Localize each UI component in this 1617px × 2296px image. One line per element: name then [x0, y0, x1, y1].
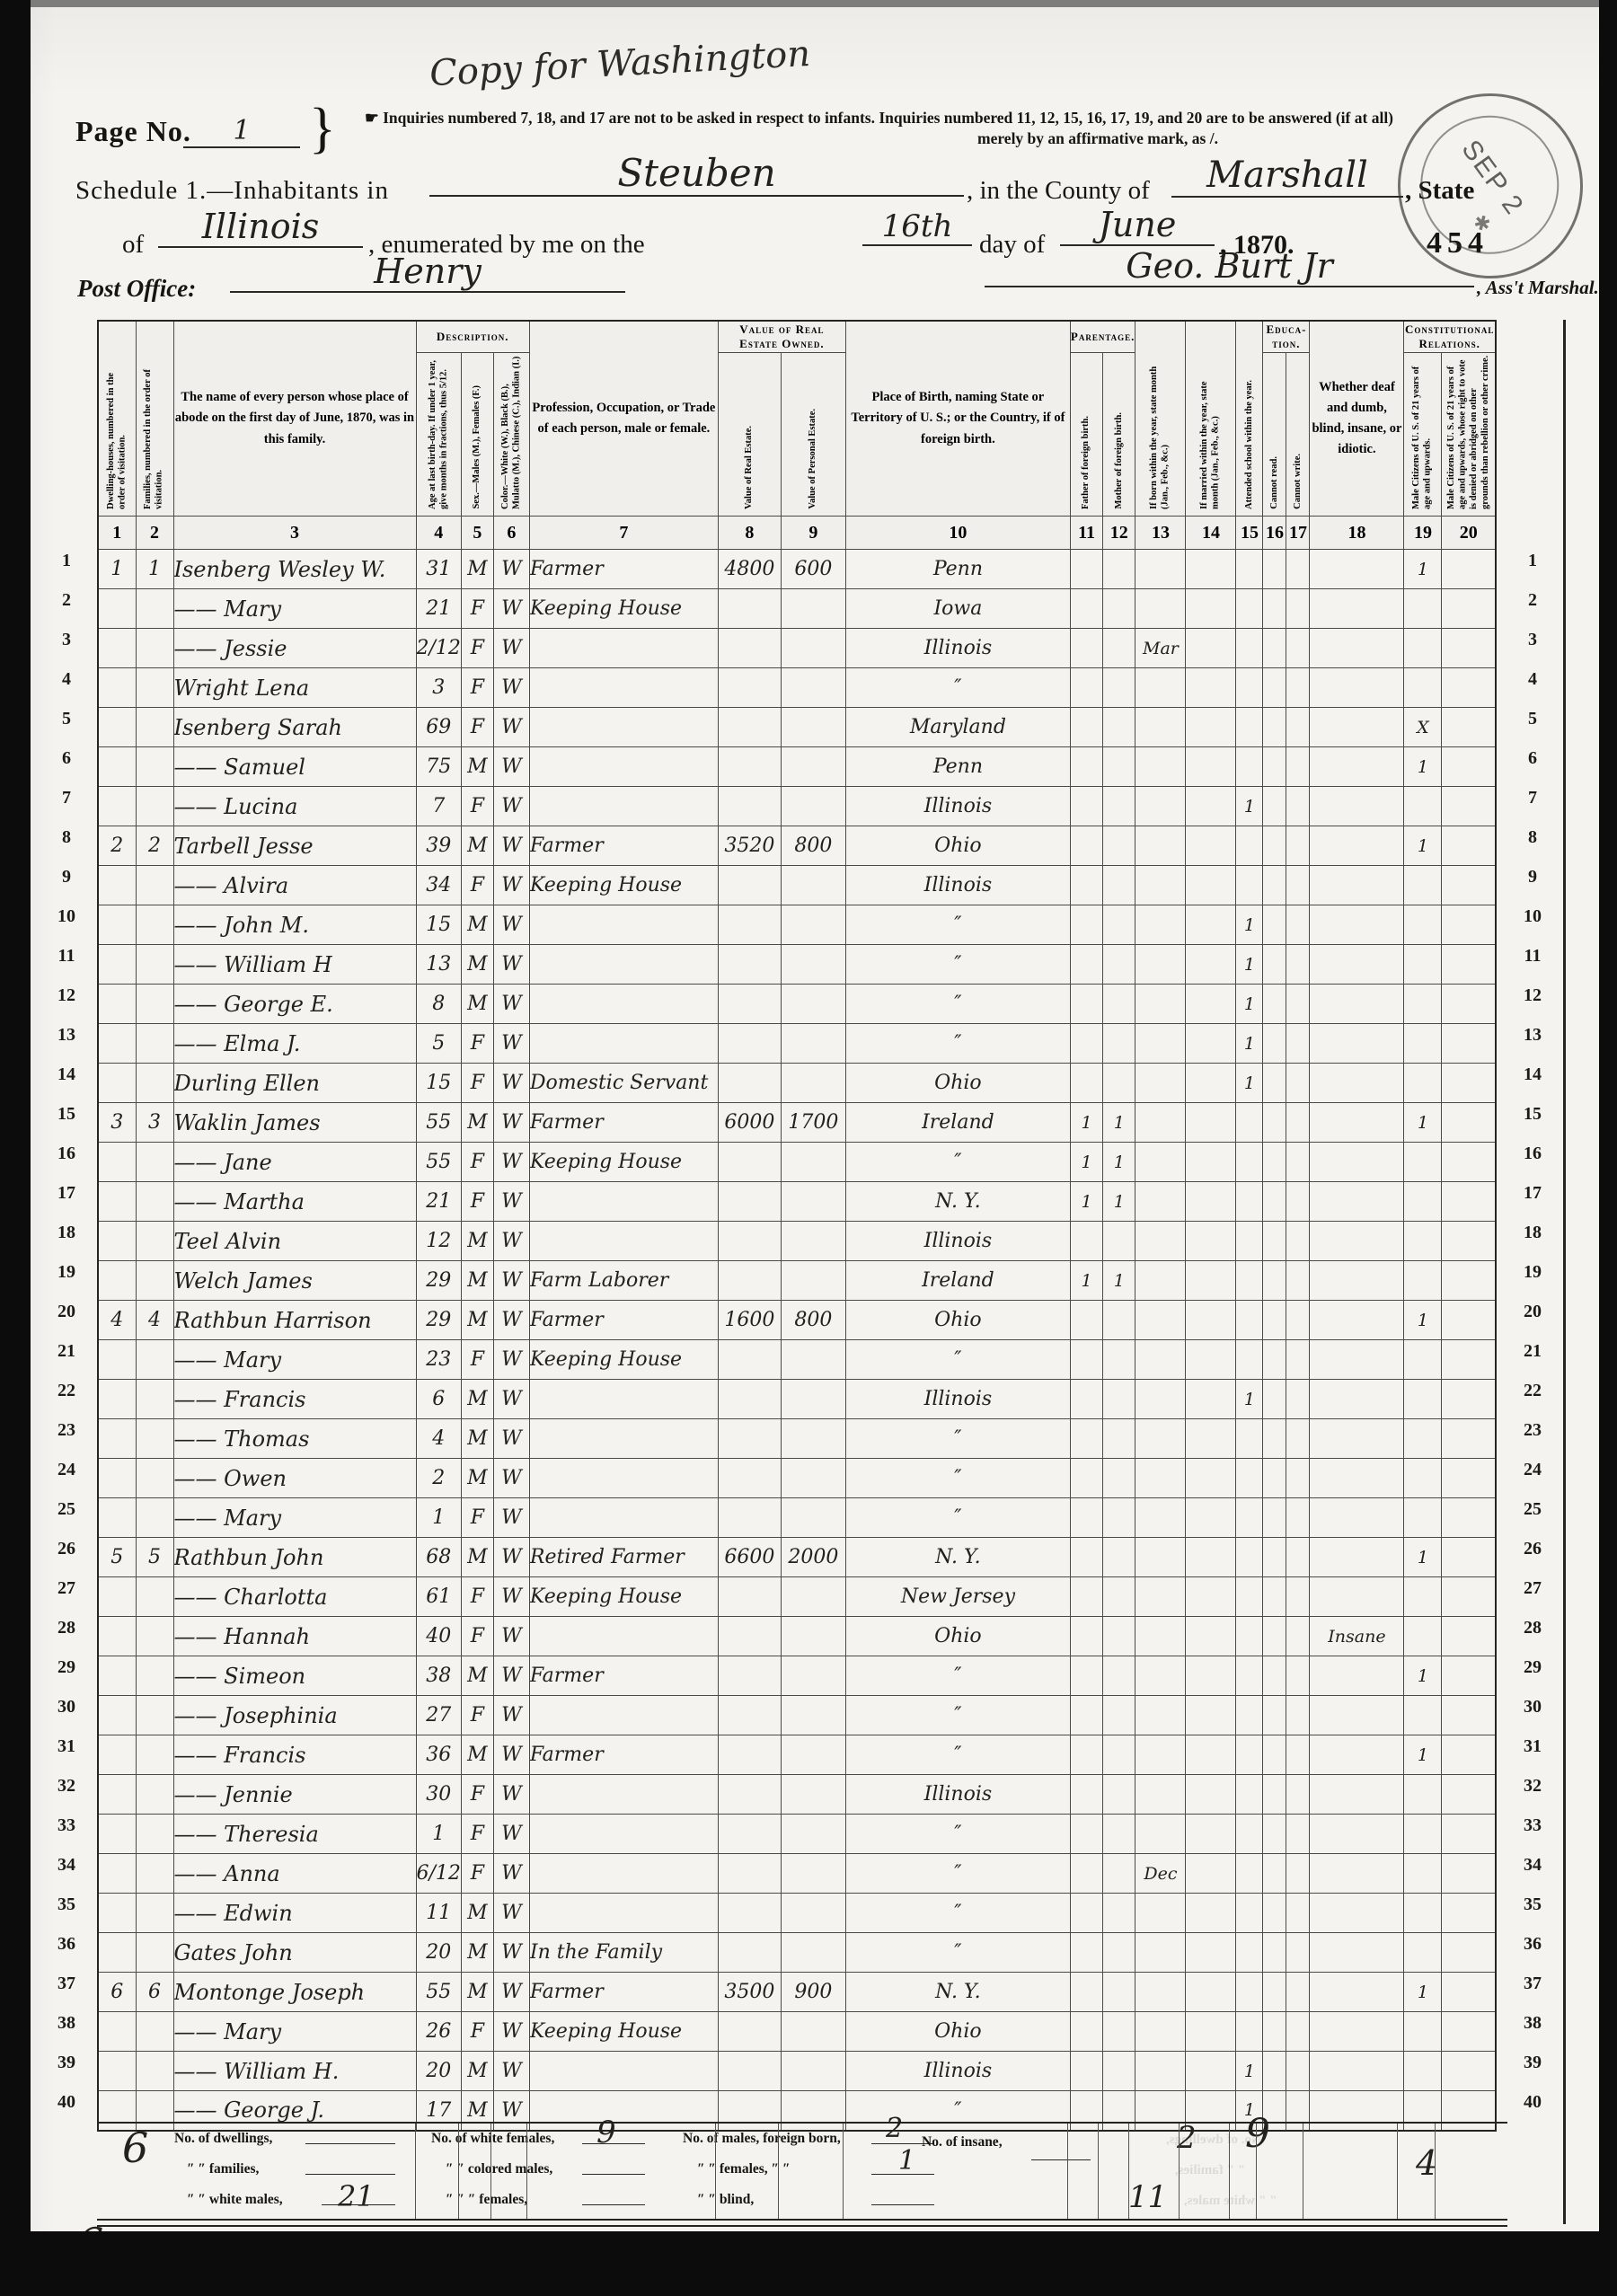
table-row: 33Waklin James55MWFarmer60001700Ireland1…	[98, 1103, 1496, 1143]
cell-c11	[1070, 1380, 1102, 1419]
cell-c11	[1070, 2052, 1102, 2091]
cell-fam	[136, 1340, 173, 1380]
cell-race: W	[493, 1301, 529, 1340]
cell-occ: Farmer	[529, 1656, 718, 1696]
cell-pe	[781, 1459, 845, 1498]
row-number: 22	[47, 1371, 86, 1410]
cell-age: 55	[416, 1103, 461, 1143]
cell-dw	[98, 1261, 136, 1301]
cell-dw	[98, 1182, 136, 1222]
cell-c20	[1442, 1340, 1496, 1380]
cell-c17	[1286, 1261, 1310, 1301]
cell-occ: Farmer	[529, 550, 718, 589]
cell-name: Wright Lena	[173, 668, 416, 708]
col-number: 16	[1263, 517, 1286, 550]
cell-c14	[1186, 1459, 1236, 1498]
cell-race: W	[493, 629, 529, 668]
cell-pe: 2000	[781, 1538, 845, 1577]
cell-c13	[1135, 589, 1186, 629]
cell-c17	[1286, 1894, 1310, 1933]
cell-name: —— Thomas	[173, 1419, 416, 1459]
cell-fam	[136, 1696, 173, 1735]
col-number: 3	[173, 517, 416, 550]
cell-birth: ″	[845, 945, 1070, 985]
cell-fam	[136, 1222, 173, 1261]
cell-c20	[1442, 1498, 1496, 1538]
table-row: Wright Lena3FW″	[98, 668, 1496, 708]
cell-sex: F	[461, 1775, 493, 1815]
cell-c16	[1263, 1577, 1286, 1617]
cell-birth: ″	[845, 1143, 1070, 1182]
cell-c18	[1310, 866, 1404, 905]
table-row: Durling Ellen15FWDomestic ServantOhio1	[98, 1064, 1496, 1103]
table-row: —— Lucina7FWIllinois1	[98, 787, 1496, 826]
summary-white-females-value: 9	[596, 2115, 616, 2150]
cell-c15: 1	[1236, 985, 1263, 1024]
cell-c18	[1310, 1854, 1404, 1894]
cell-pe	[781, 1656, 845, 1696]
cell-name: —— Lucina	[173, 787, 416, 826]
cell-fam	[136, 1024, 173, 1064]
scan-edge-left	[0, 0, 31, 2296]
row-number: 18	[1513, 1213, 1552, 1252]
cell-c18	[1310, 1498, 1404, 1538]
post-office-field: Henry	[230, 252, 625, 293]
row-number: 30	[1513, 1687, 1552, 1726]
row-number: 38	[1513, 2003, 1552, 2043]
cell-c20	[1442, 1222, 1496, 1261]
cell-c15	[1236, 1498, 1263, 1538]
cell-c16	[1263, 589, 1286, 629]
cell-c14	[1186, 1024, 1236, 1064]
cell-birth: ″	[845, 1340, 1070, 1380]
cell-c20	[1442, 589, 1496, 629]
cell-c15	[1236, 1301, 1263, 1340]
cell-race: W	[493, 550, 529, 589]
summary-label: ″ ″ white males,	[187, 2192, 283, 2208]
district-field: Steuben	[429, 151, 964, 197]
cell-c13	[1135, 1538, 1186, 1577]
row-number: 7	[47, 778, 86, 817]
cell-fam: 4	[136, 1301, 173, 1340]
row-number: 37	[47, 1964, 86, 2003]
scanned-census-page: Copy for Washington Page No. 1 } ☛ Inqui…	[0, 0, 1617, 2296]
cell-age: 6/12	[416, 1854, 461, 1894]
cell-pe	[781, 1735, 845, 1775]
cell-c11	[1070, 629, 1102, 668]
cell-pe: 900	[781, 1973, 845, 2012]
cell-c12	[1103, 905, 1135, 945]
cell-c15: 1	[1236, 1024, 1263, 1064]
cell-re	[718, 1064, 781, 1103]
day-field: 16th	[862, 208, 972, 246]
cell-c18	[1310, 826, 1404, 866]
row-number: 29	[47, 1647, 86, 1687]
cell-c19	[1404, 1894, 1442, 1933]
cell-c17	[1286, 1103, 1310, 1143]
bleed-through-text: No. of dwellings,	[1166, 2133, 1261, 2148]
cell-re	[718, 787, 781, 826]
cell-dw: 4	[98, 1301, 136, 1340]
cell-c12	[1103, 1498, 1135, 1538]
cell-c13: Mar	[1135, 629, 1186, 668]
row-number: 4	[47, 659, 86, 699]
row-number: 3	[1513, 620, 1552, 659]
summary-blank	[305, 2161, 395, 2175]
row-number: 19	[47, 1252, 86, 1292]
cell-c18	[1310, 1735, 1404, 1775]
cell-age: 55	[416, 1973, 461, 2012]
cell-sex: M	[461, 1538, 493, 1577]
cell-c19	[1404, 1222, 1442, 1261]
cell-age: 61	[416, 1577, 461, 1617]
cell-c11	[1070, 550, 1102, 589]
cell-race: W	[493, 1696, 529, 1735]
cell-c18	[1310, 629, 1404, 668]
cell-re	[718, 1419, 781, 1459]
cell-race: W	[493, 1973, 529, 2012]
cell-birth: Maryland	[845, 708, 1070, 747]
cell-c12	[1103, 1222, 1135, 1261]
cell-occ: Keeping House	[529, 1340, 718, 1380]
cell-c13	[1135, 2052, 1186, 2091]
cell-age: 27	[416, 1696, 461, 1735]
cell-c14	[1186, 1064, 1236, 1103]
cell-fam	[136, 2012, 173, 2052]
row-number: 39	[47, 2043, 86, 2082]
cell-c11	[1070, 945, 1102, 985]
cell-c17	[1286, 1380, 1310, 1419]
col-header-8: Value of Real Estate.	[718, 353, 781, 517]
cell-sex: F	[461, 629, 493, 668]
cell-c11: 1	[1070, 1261, 1102, 1301]
cell-c13: Dec	[1135, 1854, 1186, 1894]
cell-birth: Illinois	[845, 1380, 1070, 1419]
col-header-17: Cannot write.	[1286, 353, 1310, 517]
cell-c17	[1286, 1182, 1310, 1222]
cell-re	[718, 905, 781, 945]
cell-birth: Illinois	[845, 629, 1070, 668]
cell-c19: X	[1404, 708, 1442, 747]
table-row: —— John M.15MW″1	[98, 905, 1496, 945]
cell-c11: 1	[1070, 1103, 1102, 1143]
cell-c16	[1263, 1222, 1286, 1261]
cell-age: 3	[416, 668, 461, 708]
cell-occ: Domestic Servant	[529, 1064, 718, 1103]
cell-c12	[1103, 708, 1135, 747]
cell-birth: ″	[845, 1933, 1070, 1973]
cell-pe	[781, 985, 845, 1024]
cell-sex: F	[461, 1024, 493, 1064]
table-row: —— Owen2MW″	[98, 1459, 1496, 1498]
cell-c13	[1135, 2012, 1186, 2052]
cell-c12	[1103, 1933, 1135, 1973]
cell-c20	[1442, 787, 1496, 826]
cell-c11	[1070, 1498, 1102, 1538]
cell-c20	[1442, 1933, 1496, 1973]
cell-race: W	[493, 747, 529, 787]
cell-c13	[1135, 1498, 1186, 1538]
cell-race: W	[493, 589, 529, 629]
cell-occ: Farmer	[529, 1973, 718, 2012]
cell-c17	[1286, 1419, 1310, 1459]
cell-c20	[1442, 1894, 1496, 1933]
cell-c13	[1135, 787, 1186, 826]
cell-age: 2/12	[416, 629, 461, 668]
cell-c13	[1135, 550, 1186, 589]
cell-c13	[1135, 1656, 1186, 1696]
cell-c20	[1442, 2052, 1496, 2091]
cell-pe	[781, 1854, 845, 1894]
cell-race: W	[493, 1775, 529, 1815]
cell-name: Waklin James	[173, 1103, 416, 1143]
col-number: 7	[529, 517, 718, 550]
cell-c12	[1103, 1459, 1135, 1498]
group-header-real_estate: Value of Real Estate Owned.	[718, 321, 845, 353]
cell-c19	[1404, 1577, 1442, 1617]
cell-c19: 1	[1404, 550, 1442, 589]
cell-c16	[1263, 787, 1286, 826]
cell-dw	[98, 1024, 136, 1064]
row-number: 21	[1513, 1331, 1552, 1371]
cell-c20	[1442, 1538, 1496, 1577]
row-number: 10	[1513, 896, 1552, 936]
table-row: —— Mary23FWKeeping House″	[98, 1340, 1496, 1380]
col-header-18: Whether deaf and dumb, blind, insane, or…	[1310, 321, 1404, 517]
cell-dw: 2	[98, 826, 136, 866]
cell-c14	[1186, 787, 1236, 826]
cell-c14	[1186, 2012, 1236, 2052]
cell-c12	[1103, 1696, 1135, 1735]
cell-c12	[1103, 1024, 1135, 1064]
cell-re	[718, 1459, 781, 1498]
cell-age: 7	[416, 787, 461, 826]
cell-c16	[1263, 1933, 1286, 1973]
cell-c14	[1186, 629, 1236, 668]
cell-c13	[1135, 1617, 1186, 1656]
summary-blank	[871, 2192, 934, 2205]
cell-sex: M	[461, 1894, 493, 1933]
cell-re	[718, 1380, 781, 1419]
cell-c14	[1186, 1340, 1236, 1380]
cell-sex: F	[461, 866, 493, 905]
cell-c11	[1070, 1301, 1102, 1340]
cell-name: —— Francis	[173, 1380, 416, 1419]
cell-dw: 6	[98, 1973, 136, 2012]
cell-c12: 1	[1103, 1143, 1135, 1182]
cell-c18	[1310, 945, 1404, 985]
cell-c15: 1	[1236, 2052, 1263, 2091]
cell-c15: 1	[1236, 945, 1263, 985]
cell-birth: ″	[845, 1498, 1070, 1538]
cell-c11	[1070, 1617, 1102, 1656]
cell-re: 6600	[718, 1538, 781, 1577]
summary-label: No. of males, foreign born,	[683, 2131, 841, 2147]
cell-occ: Keeping House	[529, 2012, 718, 2052]
group-header-constitutional: Constitutional Relations.	[1404, 321, 1496, 353]
cell-c17	[1286, 945, 1310, 985]
cell-c16	[1263, 629, 1286, 668]
cell-c14	[1186, 1182, 1236, 1222]
table-row: —— Martha21FWN. Y.11	[98, 1182, 1496, 1222]
row-number: 1	[47, 541, 86, 580]
cell-race: W	[493, 1538, 529, 1577]
cell-c13	[1135, 1380, 1186, 1419]
cell-dw	[98, 1696, 136, 1735]
cell-pe	[781, 1261, 845, 1301]
cell-birth: Penn	[845, 747, 1070, 787]
row-number: 28	[47, 1608, 86, 1647]
cell-name: Isenberg Sarah	[173, 708, 416, 747]
col-number: 6	[493, 517, 529, 550]
cell-c19	[1404, 1617, 1442, 1656]
cell-age: 39	[416, 826, 461, 866]
summary-blank	[305, 2131, 395, 2144]
cell-c19	[1404, 985, 1442, 1024]
cell-c18	[1310, 1182, 1404, 1222]
cell-c12	[1103, 589, 1135, 629]
cell-occ	[529, 1696, 718, 1735]
cell-c14	[1186, 1222, 1236, 1261]
cell-age: 29	[416, 1261, 461, 1301]
cell-race: W	[493, 1064, 529, 1103]
col-number: 1	[98, 517, 136, 550]
cell-c20	[1442, 1182, 1496, 1222]
cell-c19: 1	[1404, 1538, 1442, 1577]
table-row: Teel Alvin12MWIllinois	[98, 1222, 1496, 1261]
col-header-14: If married within the year, state month …	[1186, 321, 1236, 517]
cell-fam	[136, 1577, 173, 1617]
cell-fam	[136, 1459, 173, 1498]
summary-label: ″ ″ females, ″ ″	[697, 2161, 791, 2177]
cell-c15	[1236, 826, 1263, 866]
cell-name: Durling Ellen	[173, 1064, 416, 1103]
cell-sex: F	[461, 1617, 493, 1656]
col-number: 15	[1236, 517, 1263, 550]
cell-c14	[1186, 826, 1236, 866]
cell-re	[718, 1340, 781, 1380]
cell-race: W	[493, 1854, 529, 1894]
cell-c16	[1263, 1854, 1286, 1894]
cell-dw	[98, 1735, 136, 1775]
cell-pe	[781, 1894, 845, 1933]
cell-birth: N. Y.	[845, 1538, 1070, 1577]
cell-c12	[1103, 1538, 1135, 1577]
cell-c14	[1186, 1973, 1236, 2012]
cell-re	[718, 589, 781, 629]
cell-c13	[1135, 945, 1186, 985]
cell-c19: 1	[1404, 1301, 1442, 1340]
cell-pe	[781, 1222, 845, 1261]
cell-c18	[1310, 1933, 1404, 1973]
cell-c16	[1263, 1301, 1286, 1340]
cell-c15	[1236, 1340, 1263, 1380]
cell-c14	[1186, 1696, 1236, 1735]
cell-race: W	[493, 787, 529, 826]
col-header-2: Families, numbered in the order of visit…	[136, 321, 173, 517]
cell-c18	[1310, 589, 1404, 629]
cell-age: 8	[416, 985, 461, 1024]
table-row: —— Charlotta61FWKeeping HouseNew Jersey	[98, 1577, 1496, 1617]
cell-birth: ″	[845, 1815, 1070, 1854]
cell-race: W	[493, 1735, 529, 1775]
cell-race: W	[493, 1182, 529, 1222]
row-number: 17	[47, 1173, 86, 1213]
cell-c19	[1404, 1854, 1442, 1894]
summary-females-foreign-value: 1	[898, 2145, 915, 2177]
cell-race: W	[493, 1933, 529, 1973]
row-number: 38	[47, 2003, 86, 2043]
cell-c14	[1186, 2052, 1236, 2091]
row-number: 6	[47, 738, 86, 778]
cell-sex: M	[461, 1735, 493, 1775]
census-table: Dwelling-houses, numbered in the order o…	[97, 320, 1497, 2132]
cell-c18: Insane	[1310, 1617, 1404, 1656]
cell-c18	[1310, 1024, 1404, 1064]
cell-c11	[1070, 866, 1102, 905]
row-number: 23	[47, 1410, 86, 1450]
cell-dw	[98, 1617, 136, 1656]
of-word: of	[122, 230, 144, 260]
cell-birth: ″	[845, 905, 1070, 945]
brace-glyph: }	[309, 97, 336, 161]
cell-re	[718, 1815, 781, 1854]
cell-fam	[136, 747, 173, 787]
cell-occ	[529, 1419, 718, 1459]
cell-c17	[1286, 2012, 1310, 2052]
cell-pe	[781, 747, 845, 787]
instructions-line2: merely by an affirmative mark, as /.	[977, 129, 1355, 148]
cell-sex: M	[461, 2052, 493, 2091]
summary-rule	[458, 2124, 459, 2221]
cell-fam	[136, 1182, 173, 1222]
row-number: 31	[1513, 1726, 1552, 1766]
cell-c18	[1310, 1656, 1404, 1696]
cell-c11	[1070, 1222, 1102, 1261]
cell-fam	[136, 1064, 173, 1103]
summary-section: 6 No. of dwellings, No. of white females…	[97, 2122, 1507, 2221]
cell-c17	[1286, 1775, 1310, 1815]
cell-name: —— Jessie	[173, 629, 416, 668]
cell-c14	[1186, 1854, 1236, 1894]
cell-c12	[1103, 1617, 1135, 1656]
cell-c20	[1442, 1103, 1496, 1143]
cell-c14	[1186, 1261, 1236, 1301]
row-number: 25	[47, 1489, 86, 1529]
cell-name: —— Edwin	[173, 1894, 416, 1933]
row-number: 24	[47, 1450, 86, 1489]
cell-sex: F	[461, 1498, 493, 1538]
col-header-15: Attended school within the year.	[1236, 321, 1263, 517]
cell-c16	[1263, 1261, 1286, 1301]
table-row: —— Edwin11MW″	[98, 1894, 1496, 1933]
cell-dw	[98, 1380, 136, 1419]
cell-occ	[529, 945, 718, 985]
cell-pe	[781, 1696, 845, 1735]
cell-age: 20	[416, 1933, 461, 1973]
cell-fam	[136, 1617, 173, 1656]
cell-c16	[1263, 945, 1286, 985]
cell-c17	[1286, 1222, 1310, 1261]
cell-birth: ″	[845, 668, 1070, 708]
row-numbers-left: 1234567891011121314151617181920212223242…	[47, 541, 86, 2122]
cell-c11	[1070, 905, 1102, 945]
cell-re	[718, 985, 781, 1024]
table-row: —— Elma J.5FW″1	[98, 1024, 1496, 1064]
cell-c20	[1442, 1064, 1496, 1103]
col-header-9: Value of Personal Estate.	[781, 353, 845, 517]
cell-c13	[1135, 1419, 1186, 1459]
